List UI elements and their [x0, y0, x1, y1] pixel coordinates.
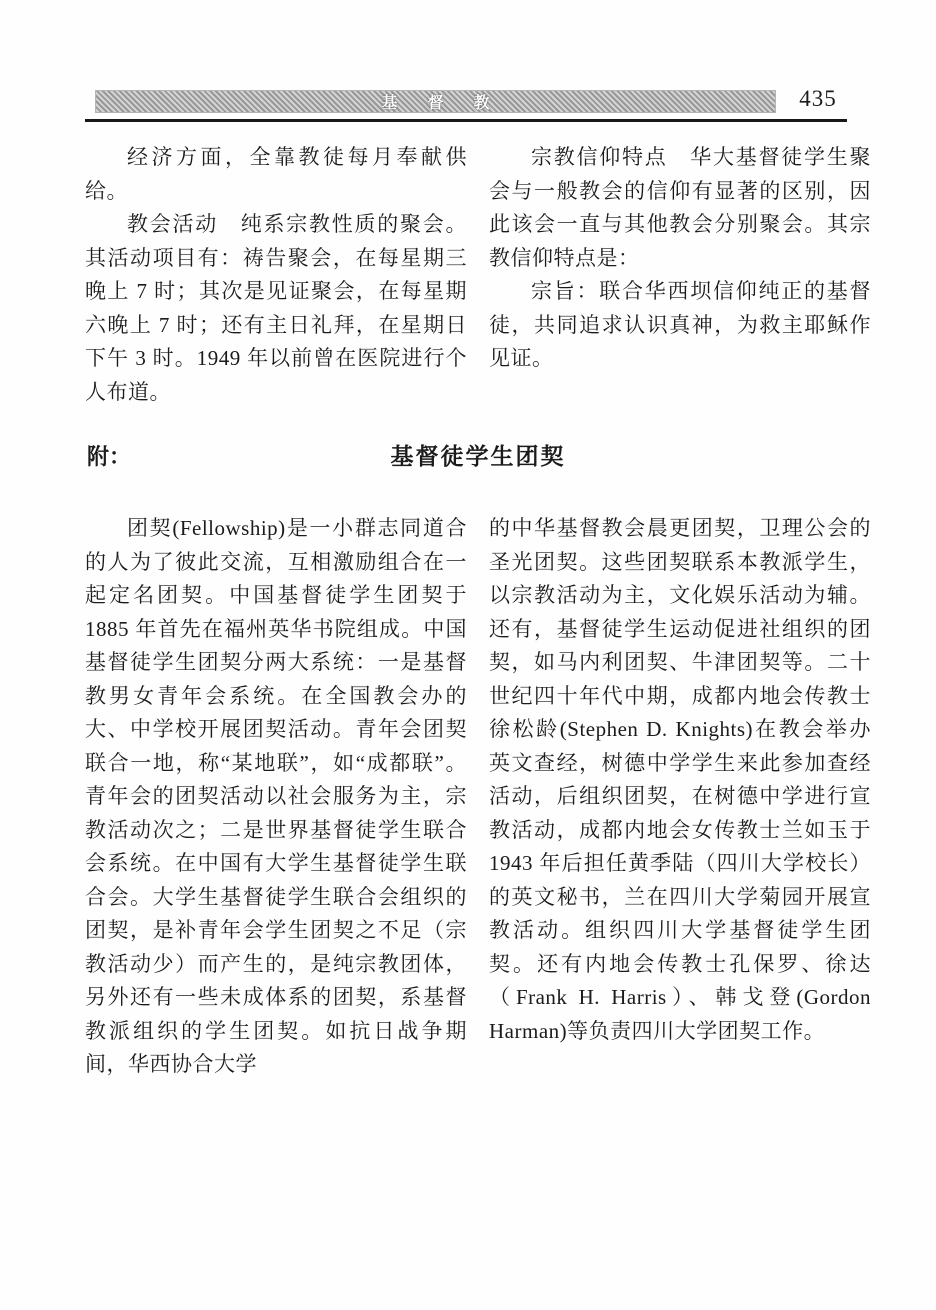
book-page: 基督教 435 经济方面，全靠教徒每月奉献供给。 教会活动 纯系宗教性质的聚会。… — [0, 0, 936, 1310]
running-head-title: 基督教 — [351, 90, 519, 113]
appendix-right-text: 的中华基督教会晨更团契，卫理公会的圣光团契。这些团契联系本教派学生，以宗教活动为… — [489, 512, 871, 1048]
appendix-right-column: 的中华基督教会晨更团契，卫理公会的圣光团契。这些团契联系本教派学生，以宗教活动为… — [489, 512, 871, 1082]
intro-paragraph-belief-features: 宗教信仰特点 华大基督徒学生聚会与一般教会的信仰有显著的区别，因此该会一直与其他… — [489, 141, 871, 275]
appendix-body: 团契(Fellowship)是一小群志同道合的人为了彼此交流，互相激励组合在一起… — [85, 512, 871, 1082]
intro-paragraph-economy: 经济方面，全靠教徒每月奉献供给。 — [85, 141, 467, 208]
running-head-band: 基督教 — [95, 90, 776, 113]
header-rule — [85, 119, 847, 122]
appendix-left-column: 团契(Fellowship)是一小群志同道合的人为了彼此交流，互相激励组合在一起… — [85, 512, 467, 1082]
appendix-heading: 附： 基督徒学生团契 — [85, 438, 871, 474]
page-number: 435 — [788, 86, 848, 112]
intro-section: 经济方面，全靠教徒每月奉献供给。 教会活动 纯系宗教性质的聚会。其活动项目有：祷… — [85, 141, 871, 409]
intro-paragraph-church-activities: 教会活动 纯系宗教性质的聚会。其活动项目有：祷告聚会，在每星期三晚上 7 时；其… — [85, 208, 467, 409]
appendix-title: 基督徒学生团契 — [85, 438, 871, 471]
intro-left-column: 经济方面，全靠教徒每月奉献供给。 教会活动 纯系宗教性质的聚会。其活动项目有：祷… — [85, 141, 467, 409]
appendix-left-text: 团契(Fellowship)是一小群志同道合的人为了彼此交流，互相激励组合在一起… — [85, 512, 467, 1082]
intro-paragraph-purpose: 宗旨：联合华西坝信仰纯正的基督徒，共同追求认识真神，为救主耶稣作见证。 — [489, 275, 871, 376]
intro-right-column: 宗教信仰特点 华大基督徒学生聚会与一般教会的信仰有显著的区别，因此该会一直与其他… — [489, 141, 871, 409]
